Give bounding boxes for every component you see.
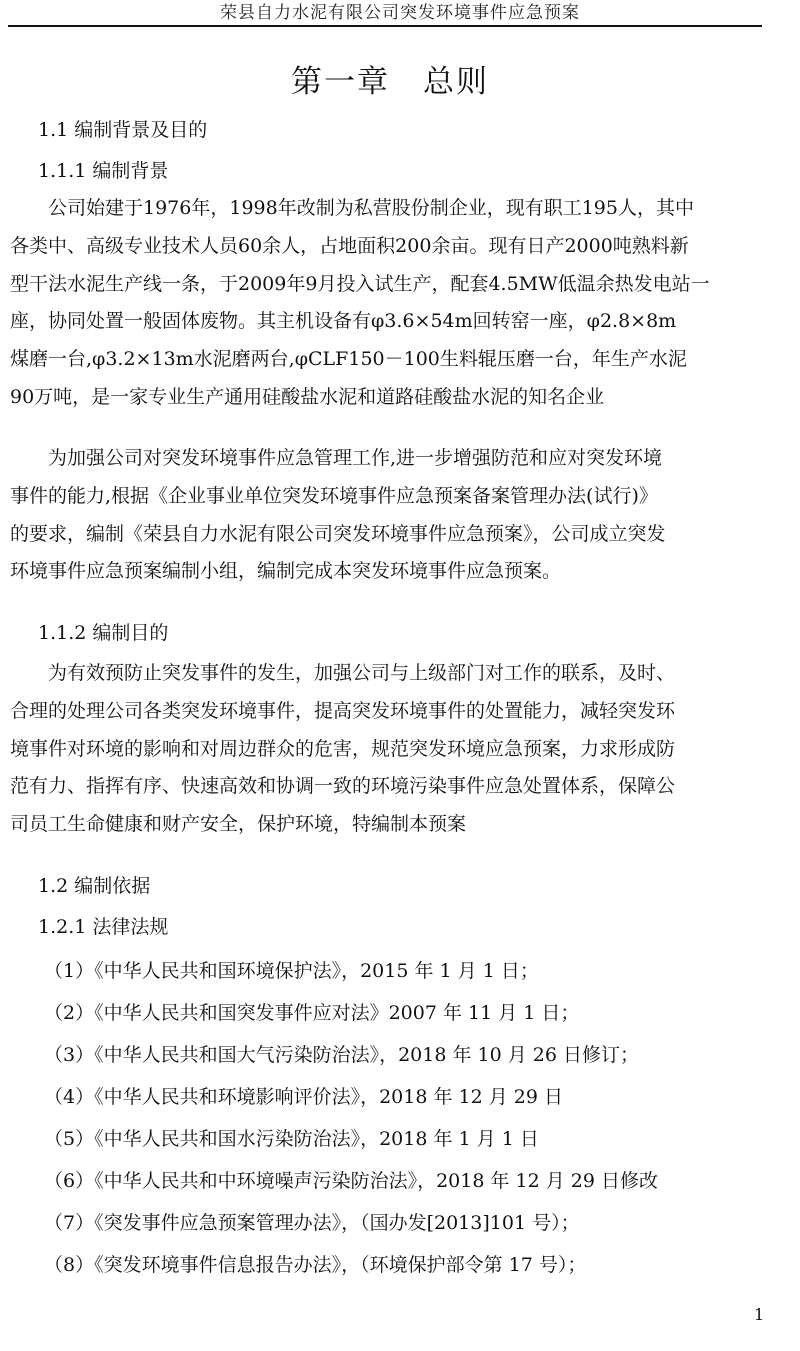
- paragraph-line: 司员工生命健康和财产安全，保护环境，特编制本预案: [10, 806, 762, 844]
- paragraph-line: 境事件对环境的影响和对周边群众的危害，规范突发环境应急预案，力求形成防: [10, 731, 762, 769]
- law-list-item: （2）《中华人民共和国突发事件应对法》2007 年 11 月 1 日；: [44, 998, 579, 1028]
- paragraph-line: 型干法水泥生产线一条，于2009年9月投入试生产，配套4.5MW低温余热发电站一: [10, 266, 762, 304]
- law-list-item: （4）《中华人民共和环境影响评价法》，2018 年 12 月 29 日: [44, 1082, 563, 1112]
- chapter-title: 第一章 总则: [0, 60, 780, 104]
- section-heading-1-2-1: 1.2.1 法律法规: [38, 912, 168, 942]
- paragraph-line: 事件的能力,根据《企业事业单位突发环境事件应急预案备案管理办法(试行)》: [10, 478, 762, 516]
- section-heading-1-1: 1.1 编制背景及目的: [38, 115, 207, 145]
- paragraph-line: 合理的处理公司各类突发环境事件，提高突发环境事件的处置能力，减轻突发环: [10, 693, 762, 731]
- paragraph-line: 公司始建于1976年，1998年改制为私营股份制企业，现有职工195人，其中: [10, 190, 762, 228]
- law-list-item: （6）《中华人民共和中环境噪声污染防治法》，2018 年 12 月 29 日修改: [44, 1166, 658, 1196]
- law-list-item: （1）《中华人民共和国环境保护法》，2015 年 1 月 1 日；: [44, 956, 539, 986]
- paragraph-line: 为加强公司对突发环境事件应急管理工作,进一步增强防范和应对突发环境: [10, 440, 762, 478]
- paragraph-purpose-intro: 为加强公司对突发环境事件应急管理工作,进一步增强防范和应对突发环境 事件的能力,…: [10, 440, 762, 591]
- paragraph-line: 座，协同处置一般固体废物。其主机设备有φ3.6×54m回转窑一座，φ2.8×8m: [10, 303, 762, 341]
- paragraph-line: 90万吨，是一家专业生产通用硅酸盐水泥和道路硅酸盐水泥的知名企业: [10, 379, 762, 417]
- header-rule: [8, 25, 762, 27]
- paragraph-objectives: 为有效预防止突发事件的发生，加强公司与上级部门对工作的联系，及时、 合理的处理公…: [10, 655, 762, 844]
- section-heading-1-2: 1.2 编制依据: [38, 871, 150, 901]
- paragraph-background: 公司始建于1976年，1998年改制为私营股份制企业，现有职工195人，其中 各…: [10, 190, 762, 417]
- section-heading-1-1-2: 1.1.2 编制目的: [38, 618, 168, 648]
- paragraph-line: 各类中、高级专业技术人员60余人，占地面积200余亩。现有日产2000吨熟料新: [10, 228, 762, 266]
- law-list-item: （7）《突发事件应急预案管理办法》，（国办发[2013]101 号）；: [44, 1208, 580, 1238]
- page-number: 1: [754, 1305, 764, 1325]
- section-heading-1-1-1: 1.1.1 编制背景: [38, 156, 168, 186]
- law-list-item: （5）《中华人民共和国水污染防治法》，2018 年 1 月 1 日: [44, 1124, 539, 1154]
- paragraph-line: 的要求，编制《荣县自力水泥有限公司突发环境事件应急预案》，公司成立突发: [10, 516, 762, 554]
- paragraph-line: 煤磨一台,φ3.2×13m水泥磨两台,φCLF150－100生料辊压磨一台，年生…: [10, 341, 762, 379]
- law-list-item: （8）《突发环境事件信息报告办法》，（环境保护部令第 17 号）；: [44, 1250, 586, 1280]
- law-list-item: （3）《中华人民共和国大气污染防治法》，2018 年 10 月 26 日修订；: [44, 1040, 639, 1070]
- document-page: 荣县自力水泥有限公司突发环境事件应急预案 第一章 总则 1.1 编制背景及目的 …: [0, 0, 800, 1351]
- paragraph-line: 环境事件应急预案编制小组，编制完成本突发环境事件应急预案。: [10, 553, 762, 591]
- running-header: 荣县自力水泥有限公司突发环境事件应急预案: [0, 0, 800, 26]
- paragraph-line: 范有力、指挥有序、快速高效和协调一致的环境污染事件应急处置体系，保障公: [10, 768, 762, 806]
- paragraph-line: 为有效预防止突发事件的发生，加强公司与上级部门对工作的联系，及时、: [10, 655, 762, 693]
